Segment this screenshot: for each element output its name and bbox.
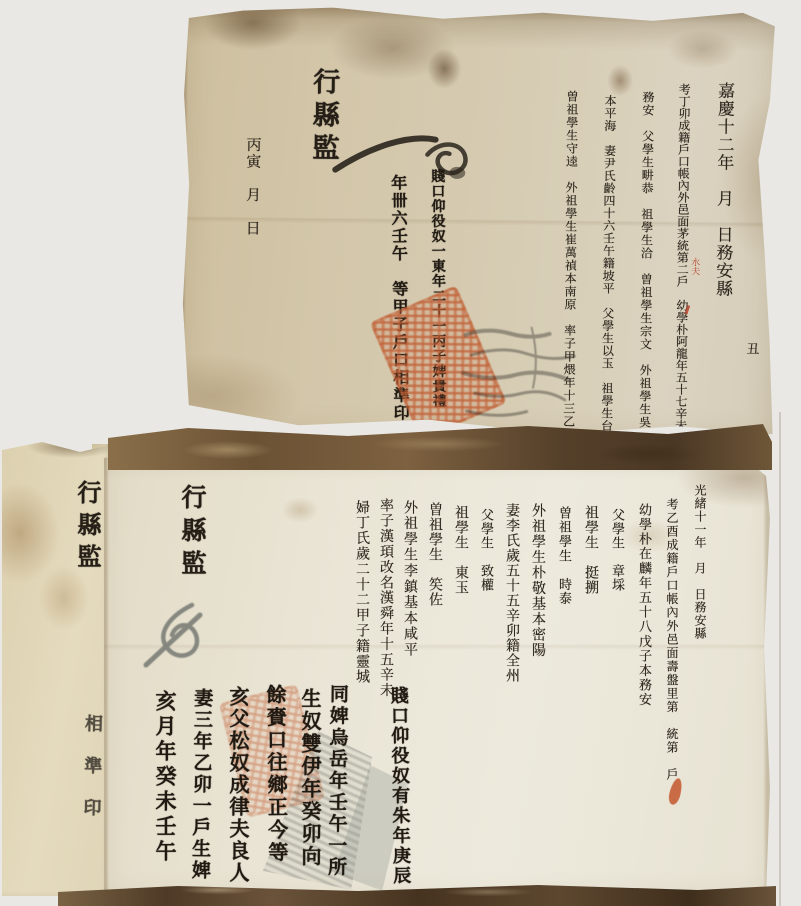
bottom-household-register-document: 行縣監 光緒十一年 月 日務安縣 考乙酉成籍戶口帳內外邑面壽盤里第 統第 戶 幼…: [104, 448, 770, 895]
son-column: 率子漢頊改名漢舜年十五辛未: [376, 498, 396, 698]
stained-paper-edge-band: [108, 424, 772, 470]
wife-maternal-grandfather-column: 外祖學生李鎮基本咸平: [400, 500, 420, 658]
wife-column: 妻李氏歲五十五辛卯籍全州: [502, 503, 522, 683]
top-household-register-document: 行縣監 丙寅 月 日 嘉慶十二年 月 日務安縣 考丁卯成籍戶口帳內外邑面茅統第二…: [178, 4, 776, 440]
servant-record-column: 同婢烏岳年壬午一所: [323, 684, 352, 879]
wife-great-grandfather-column: 曽祖學生 笶佐: [425, 502, 445, 607]
cyclic-date-line: 丙寅 月 日: [243, 137, 265, 237]
verification-note-column: 相準印: [77, 714, 105, 840]
servant-record-column: 亥父松奴成律夫良人: [224, 686, 253, 884]
era-date-column: 嘉慶十二年 月 日務安縣: [710, 82, 737, 298]
wife-lineage-column: 本平海 妻尹氏齡四十六壬午籍坡平 父學生以玉 祖學生台傲: [598, 94, 619, 444]
daughter-in-law-column: 婦丁氏歲二十二甲子籍靈城: [352, 500, 372, 685]
faded-ink-smudge: [461, 307, 602, 433]
servant-record-column: 餘賚口往鄉正今等: [261, 684, 292, 864]
great-grandfather-column: 曽祖學生 時泰: [554, 506, 573, 606]
paternal-lineage-column: 務安 父學生畊恭 祖學生洽 曽祖學生宗文 外祖學生吳継宖: [636, 91, 657, 455]
era-date-column: 光緒十一年 月 日務安縣: [692, 484, 709, 640]
magistrate-title: 行縣監: [174, 484, 210, 583]
grandfather-column: 祖學生 挺搠: [581, 505, 601, 595]
household-head-column: 幼學朴在麟年五十八戊子本務安: [634, 503, 653, 707]
servant-record-column: 妻三年乙卯一戶生婢: [187, 688, 217, 882]
grey-signature-stamp-icon: [134, 593, 218, 677]
red-correction-note: 水夫: [688, 257, 701, 275]
servant-record-column: 賤口仰役奴有朱年庚辰: [385, 686, 414, 886]
edge-annotation-mark: 丑: [741, 342, 760, 356]
wife-father-column: 父學生 致權: [476, 508, 495, 592]
wall-seam-line: [779, 412, 781, 906]
servant-record-column: 生奴雙伊年癸卯向: [296, 688, 325, 868]
magistrate-title: 行縣監: [70, 480, 105, 576]
servant-record-column: 亥月年癸未壬午: [150, 690, 180, 865]
left-overlapping-document: 行縣監 相準印: [2, 438, 114, 896]
census-reference-column: 考乙酉成籍戶口帳內外邑面壽盤里第 統第 戶: [664, 498, 681, 782]
father-column: 父學生 章埰: [607, 508, 626, 592]
maternal-grandfather-column: 外祖學生朴敬基本密陽: [528, 503, 548, 658]
wife-grandfather-column: 祖學生 東玉: [451, 505, 471, 595]
